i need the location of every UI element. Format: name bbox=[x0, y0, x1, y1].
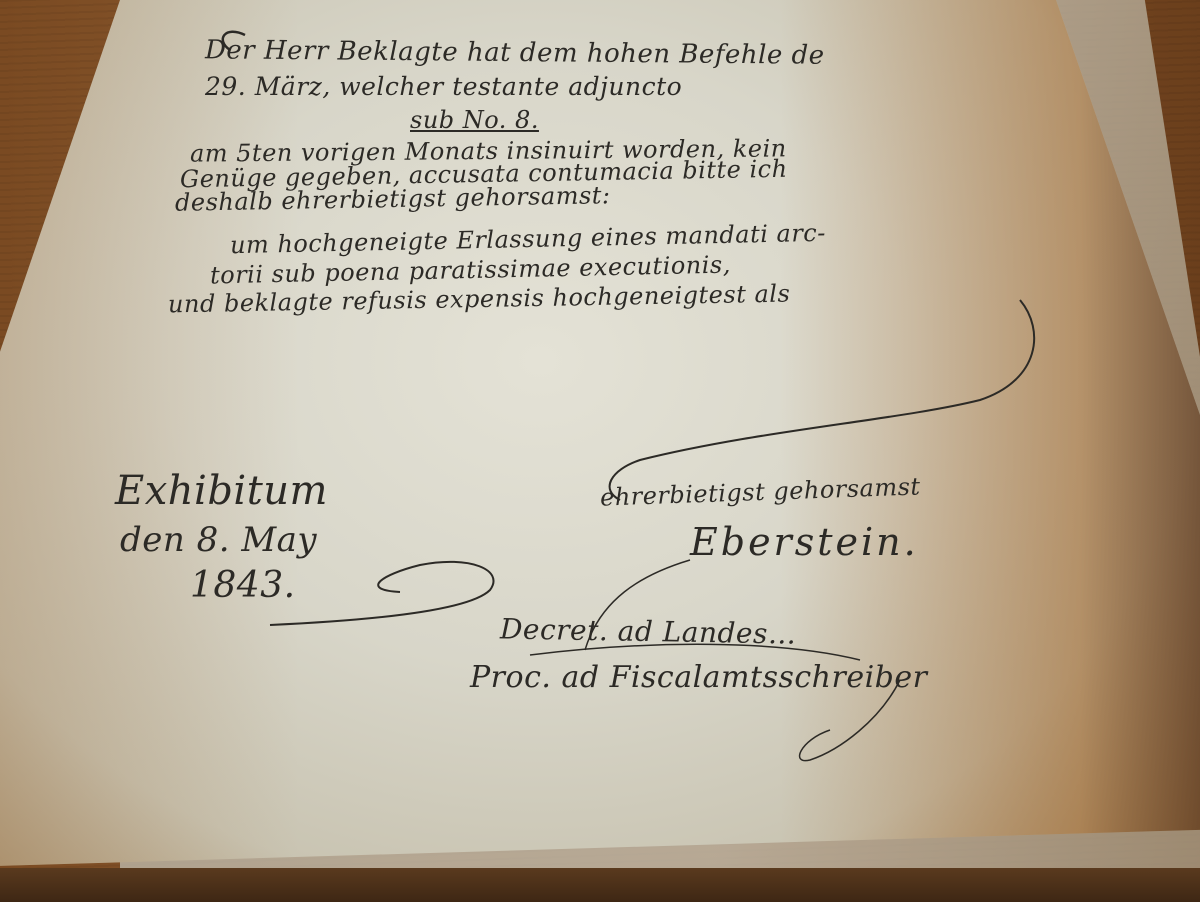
pen-flourishes bbox=[0, 0, 1200, 902]
flourish-stroke bbox=[800, 680, 900, 761]
initial-flourish bbox=[223, 32, 245, 50]
flourish-stroke bbox=[270, 562, 494, 625]
flourish-stroke bbox=[610, 300, 1035, 500]
flourish-stroke bbox=[585, 560, 690, 650]
flourish-stroke bbox=[530, 644, 860, 660]
